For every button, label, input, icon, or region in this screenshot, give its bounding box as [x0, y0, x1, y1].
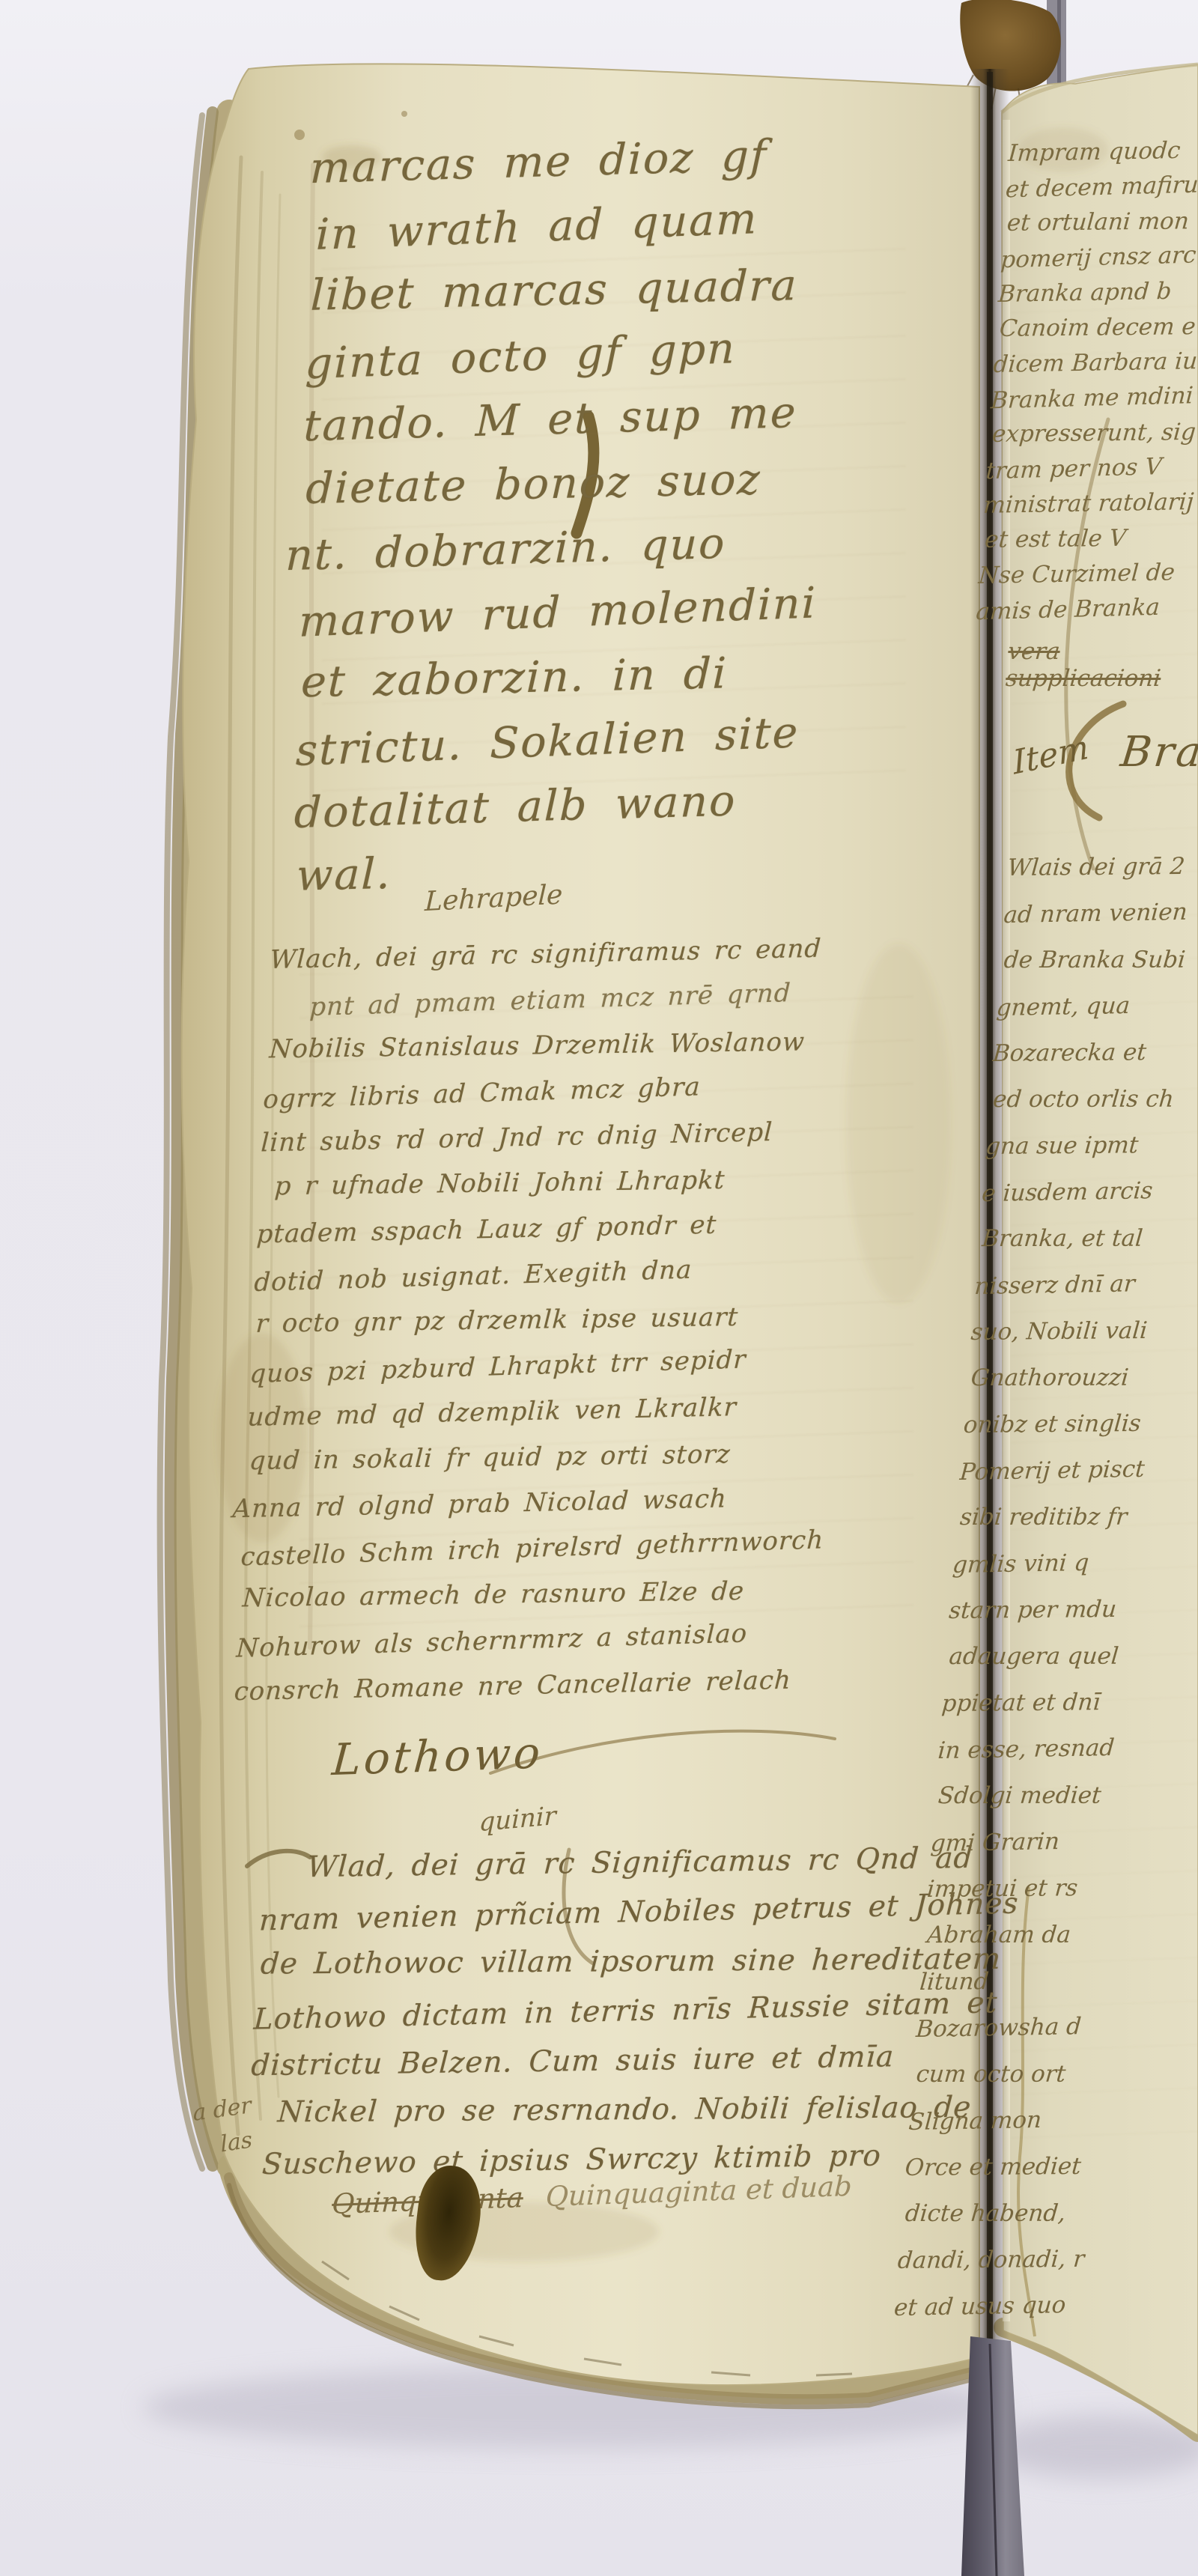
- manuscript-line: amis de Branka: [975, 589, 1198, 630]
- entry-heading-lothowo: Lothowo: [330, 1727, 544, 1785]
- manuscript-line: e iusdem arcis: [980, 1167, 1170, 1217]
- manuscript-line: et ortulani mon: [1006, 204, 1198, 241]
- right-page-struck-line: vera supplicacioni: [1005, 638, 1198, 692]
- manuscript-line: adaugera quel: [947, 1633, 1137, 1680]
- manuscript-line: de Branka Subi: [1002, 937, 1192, 983]
- manuscript-line: expresserunt, sig: [991, 415, 1198, 452]
- manuscript-line: Pomerij et pisct: [958, 1446, 1149, 1495]
- left-page-bottom-paragraph: Wlad, dei grā rc Significamus rc Qnd adn…: [244, 1833, 1023, 2190]
- manuscript-line: in esse, resnad: [937, 1725, 1127, 1774]
- manuscript-line: tram per nos V: [985, 448, 1198, 489]
- manuscript-line: impetui et rs: [925, 1865, 1116, 1913]
- marginal-note: a derlas: [192, 2089, 255, 2166]
- right-page-upper-paragraph: Impram quodcet decem mafirumet ortulani …: [975, 133, 1198, 629]
- manuscript-line: et ad usus quo: [893, 2282, 1083, 2331]
- manuscript-line: Bozarowsha d: [914, 2003, 1104, 2053]
- manuscript-line: suo, Nobili vali: [969, 1307, 1159, 1355]
- manuscript-line: Nickel pro se resrnando. Nobili felislao…: [276, 2083, 1013, 2138]
- manuscript-line: cum octo ort: [914, 2051, 1104, 2097]
- manuscript-line: pomerij cnsz arc: [1000, 237, 1198, 278]
- manuscript-line: gmlis vini q: [951, 1539, 1141, 1588]
- right-page-entry-heading: ItemBran: [1012, 728, 1198, 777]
- manuscript-line: Branka apnd b: [997, 273, 1198, 312]
- manuscript-line: dandi, donadi, r: [896, 2236, 1086, 2284]
- manuscript-line: gmi Grarin: [929, 1817, 1119, 1867]
- manuscript-line: Wlais dei grā 2: [1006, 843, 1196, 891]
- heading-word: Bran: [1118, 728, 1198, 777]
- manuscript-line: dicem Barbara iurv: [992, 344, 1198, 383]
- manuscript-line: gnemt, qua: [995, 982, 1185, 1031]
- manuscript-line: Bozarecka et: [991, 1029, 1182, 1077]
- manuscript-line: Gnathorouzzi: [969, 1355, 1159, 1401]
- manuscript-line: Branka me mdini: [990, 377, 1198, 419]
- manuscript-line: starn per mdu: [947, 1586, 1137, 1634]
- manuscript-line: gna sue ipmt: [984, 1122, 1174, 1170]
- manuscript-line: Orce et mediet: [903, 2143, 1093, 2191]
- manuscript-photo: marcas me dioz gfin wrath ad quamlibet m…: [0, 0, 1198, 2576]
- manuscript-line: et est tale V: [983, 520, 1198, 558]
- manuscript-line: dietate bonoz suoz: [305, 446, 824, 521]
- manuscript-line: et decem mafirum: [1005, 166, 1198, 207]
- manuscript-line: Impram quodc: [1007, 133, 1198, 171]
- manuscript-line: Branka, et tal: [980, 1215, 1170, 1262]
- manuscript-line: litund: [918, 1957, 1108, 2005]
- left-page-middle-paragraph: Wlach, dei grā rc signifiramus rc eandpn…: [233, 926, 854, 1716]
- manuscript-line: onibz et singlis: [962, 1400, 1152, 1448]
- manuscript-line: p r ufnade Nobili Johni Lhrapkt: [273, 1156, 846, 1210]
- manuscript-line: ad nram venien: [1002, 889, 1192, 938]
- manuscript-line: dicte habend,: [903, 2190, 1093, 2237]
- ink-speck-2: [401, 111, 407, 117]
- manuscript-line: ppietat et dnī: [940, 1679, 1130, 1727]
- struck-word: vera supplicacioni: [1005, 638, 1162, 692]
- manuscript-line: Abraham da: [925, 1912, 1116, 1958]
- manuscript-line: sibi reditibz fr: [958, 1494, 1149, 1540]
- manuscript-line: nisserz dnī ar: [973, 1260, 1163, 1310]
- manuscript-line: Canoim decem e: [998, 309, 1198, 347]
- left-page-top-paragraph: marcas me dioz gfin wrath ad quamlibet m…: [292, 122, 829, 910]
- manuscript-line: las: [219, 2123, 255, 2163]
- heading-prefix: Item: [1011, 728, 1090, 782]
- manuscript-line: ed octo orlis ch: [991, 1076, 1182, 1123]
- manuscript-line: Nse Curzimel de: [977, 555, 1198, 594]
- manuscript-line: ministrat ratolarij: [982, 484, 1198, 523]
- manuscript-line: Sligna mon: [907, 2096, 1097, 2145]
- manuscript-line: Sdolgi mediet: [936, 1772, 1126, 1819]
- ink-speck: [294, 130, 305, 140]
- manuscript-line: qud in sokali fr quid pz orti storz: [248, 1430, 833, 1484]
